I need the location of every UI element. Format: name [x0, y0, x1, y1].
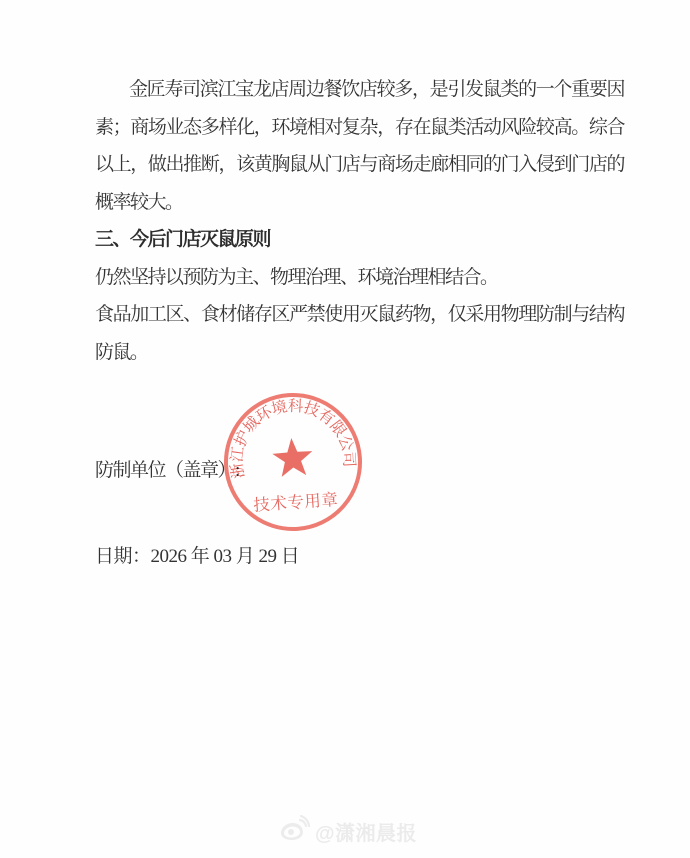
- paragraph-principle: 仍然坚持以预防为主、物理治理、环境治理相结合。: [95, 259, 624, 297]
- seal-type-text: 技术专用章: [253, 489, 339, 515]
- document-body: 金匠寿司滨江宝龙店周边餐饮店较多，是引发鼠类的一个重要因素；商场业态多样化，环境…: [95, 71, 624, 371]
- weibo-icon: [280, 815, 310, 847]
- seal-graphic: 浙江护城环境科技有限公司 技术专用章: [213, 382, 373, 542]
- document-page: { "document": { "para1": "金匠寿司滨江宝龙店周边餐饮店…: [0, 0, 690, 858]
- paragraph-restriction: 食品加工区、食材储存区严禁使用灭鼠药物，仅采用物理防制与结构防鼠。: [95, 296, 624, 371]
- date-line: 日期：2026 年 03 月 29 日: [95, 546, 299, 568]
- company-seal-stamp: 浙江护城环境科技有限公司 技术专用章: [213, 382, 373, 542]
- section-heading: 三、今后门店灭鼠原则: [95, 221, 624, 259]
- watermark: @潇湘晨报: [280, 815, 417, 847]
- paragraph-conclusion: 金匠寿司滨江宝龙店周边餐饮店较多，是引发鼠类的一个重要因素；商场业态多样化，环境…: [95, 71, 624, 221]
- seal-star-icon: [271, 437, 314, 478]
- watermark-text: @潇湘晨报: [315, 817, 417, 846]
